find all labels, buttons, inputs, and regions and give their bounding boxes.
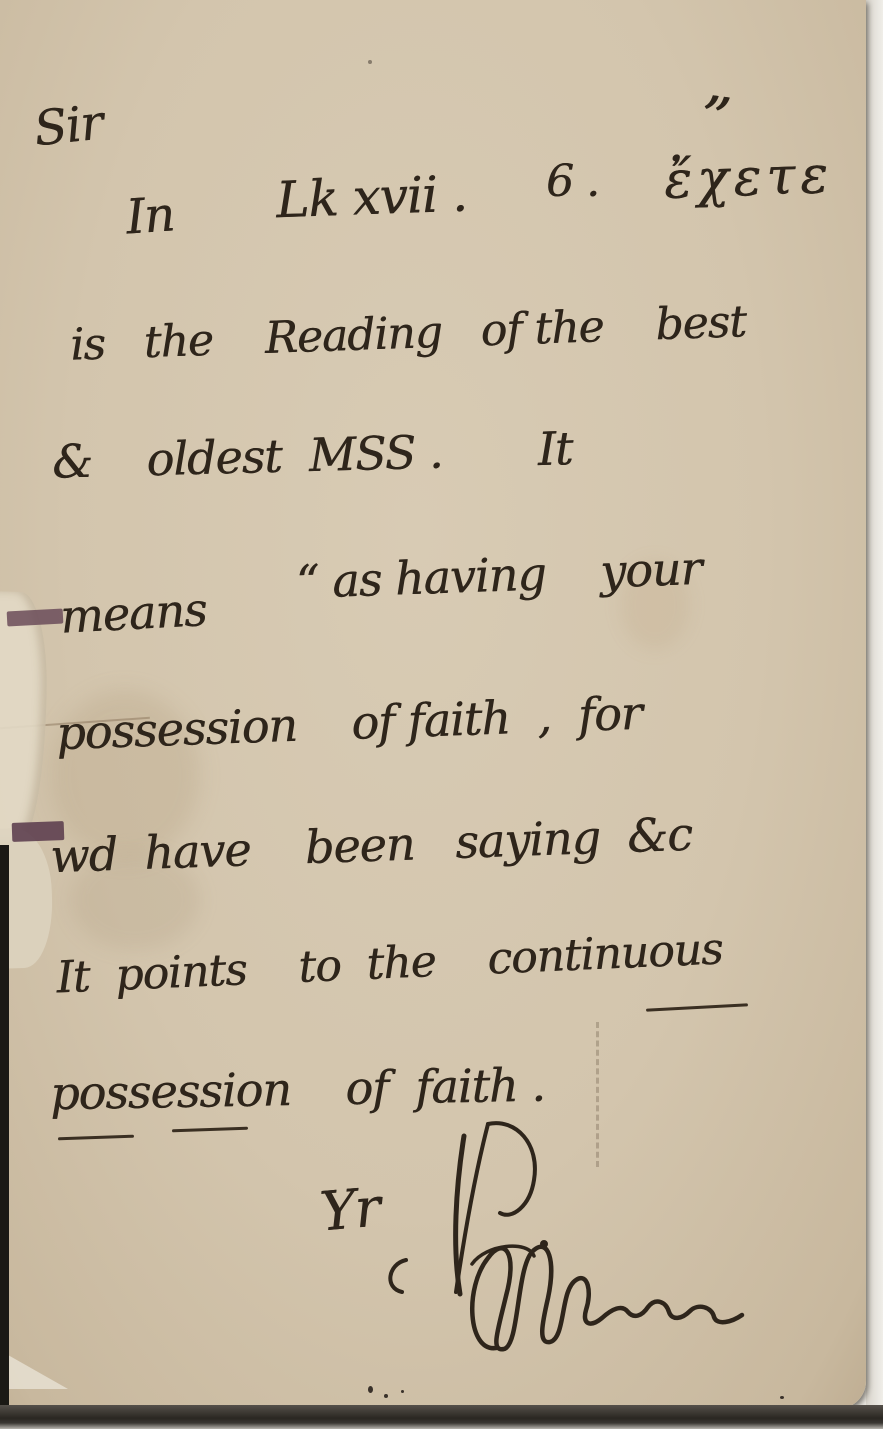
letter-line: & oldest MSS . It	[51, 421, 573, 489]
letter-line: possession of faith .	[50, 1058, 546, 1121]
ink-smudge	[596, 1022, 599, 1167]
binding-residue	[0, 591, 49, 842]
salutation: Sir	[31, 95, 105, 158]
letter-line: is the Reading of the best	[69, 296, 746, 371]
spine-shadow	[0, 845, 9, 1409]
binding-mark	[7, 609, 64, 627]
verse-number: 6 .	[546, 156, 599, 207]
ink-speck	[384, 1394, 388, 1398]
scanner-background-bottom	[0, 1405, 883, 1429]
scripture-citation: Lk xvii .	[275, 165, 468, 230]
underline-continuous	[646, 1003, 748, 1011]
scanner-background-right	[866, 0, 883, 1429]
paper-sheet: Sir In Lk xvii . 6 . ” ἔχετε is the Read…	[0, 0, 866, 1409]
scanned-letter-page: Sir In Lk xvii . 6 . ” ἔχετε is the Read…	[0, 0, 883, 1429]
closing-yr: Yr	[317, 1176, 382, 1244]
ink-speck	[401, 1390, 404, 1393]
greek-breathing-mark: ”	[695, 82, 733, 153]
signature-scrawl	[376, 1230, 776, 1370]
ink-speck	[780, 1396, 784, 1399]
ink-speck	[368, 1386, 373, 1393]
corner-tear	[8, 1355, 68, 1389]
greek-word-echete: ἔχετε	[663, 145, 834, 211]
underline-possession	[172, 1127, 248, 1133]
ink-speck	[368, 60, 372, 64]
reference-intro: In	[124, 186, 176, 245]
letter-line: means	[59, 582, 208, 644]
underline-possession	[58, 1135, 134, 1141]
